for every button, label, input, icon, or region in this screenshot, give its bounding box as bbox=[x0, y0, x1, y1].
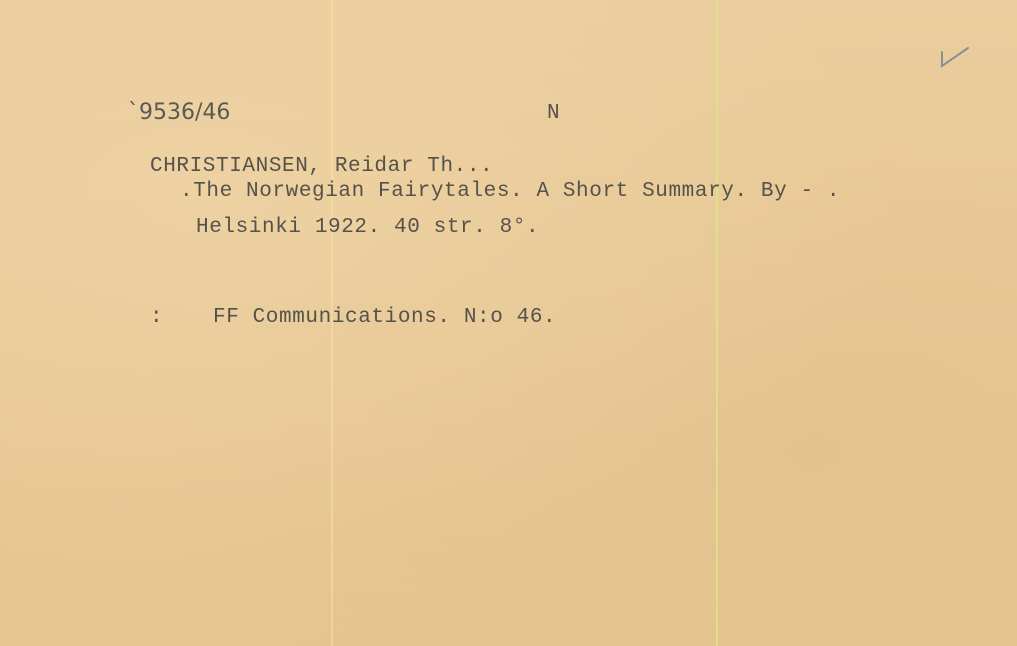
author-heading: CHRISTIANSEN, Reidar Th... bbox=[150, 155, 493, 178]
series-note: FF Communications. N:o 46. bbox=[213, 306, 556, 329]
title-line: .The Norwegian Fairytales. A Short Summa… bbox=[180, 180, 840, 203]
check-mark-icon bbox=[938, 44, 978, 74]
section-letter: N bbox=[547, 102, 560, 125]
scan-line bbox=[716, 0, 718, 646]
imprint-line: Helsinki 1922. 40 str. 8°. bbox=[196, 216, 539, 239]
call-number: `9536/46 bbox=[128, 100, 230, 125]
catalog-card: `9536/46 N CHRISTIANSEN, Reidar Th... .T… bbox=[0, 0, 1017, 646]
series-marker: : bbox=[150, 306, 163, 329]
